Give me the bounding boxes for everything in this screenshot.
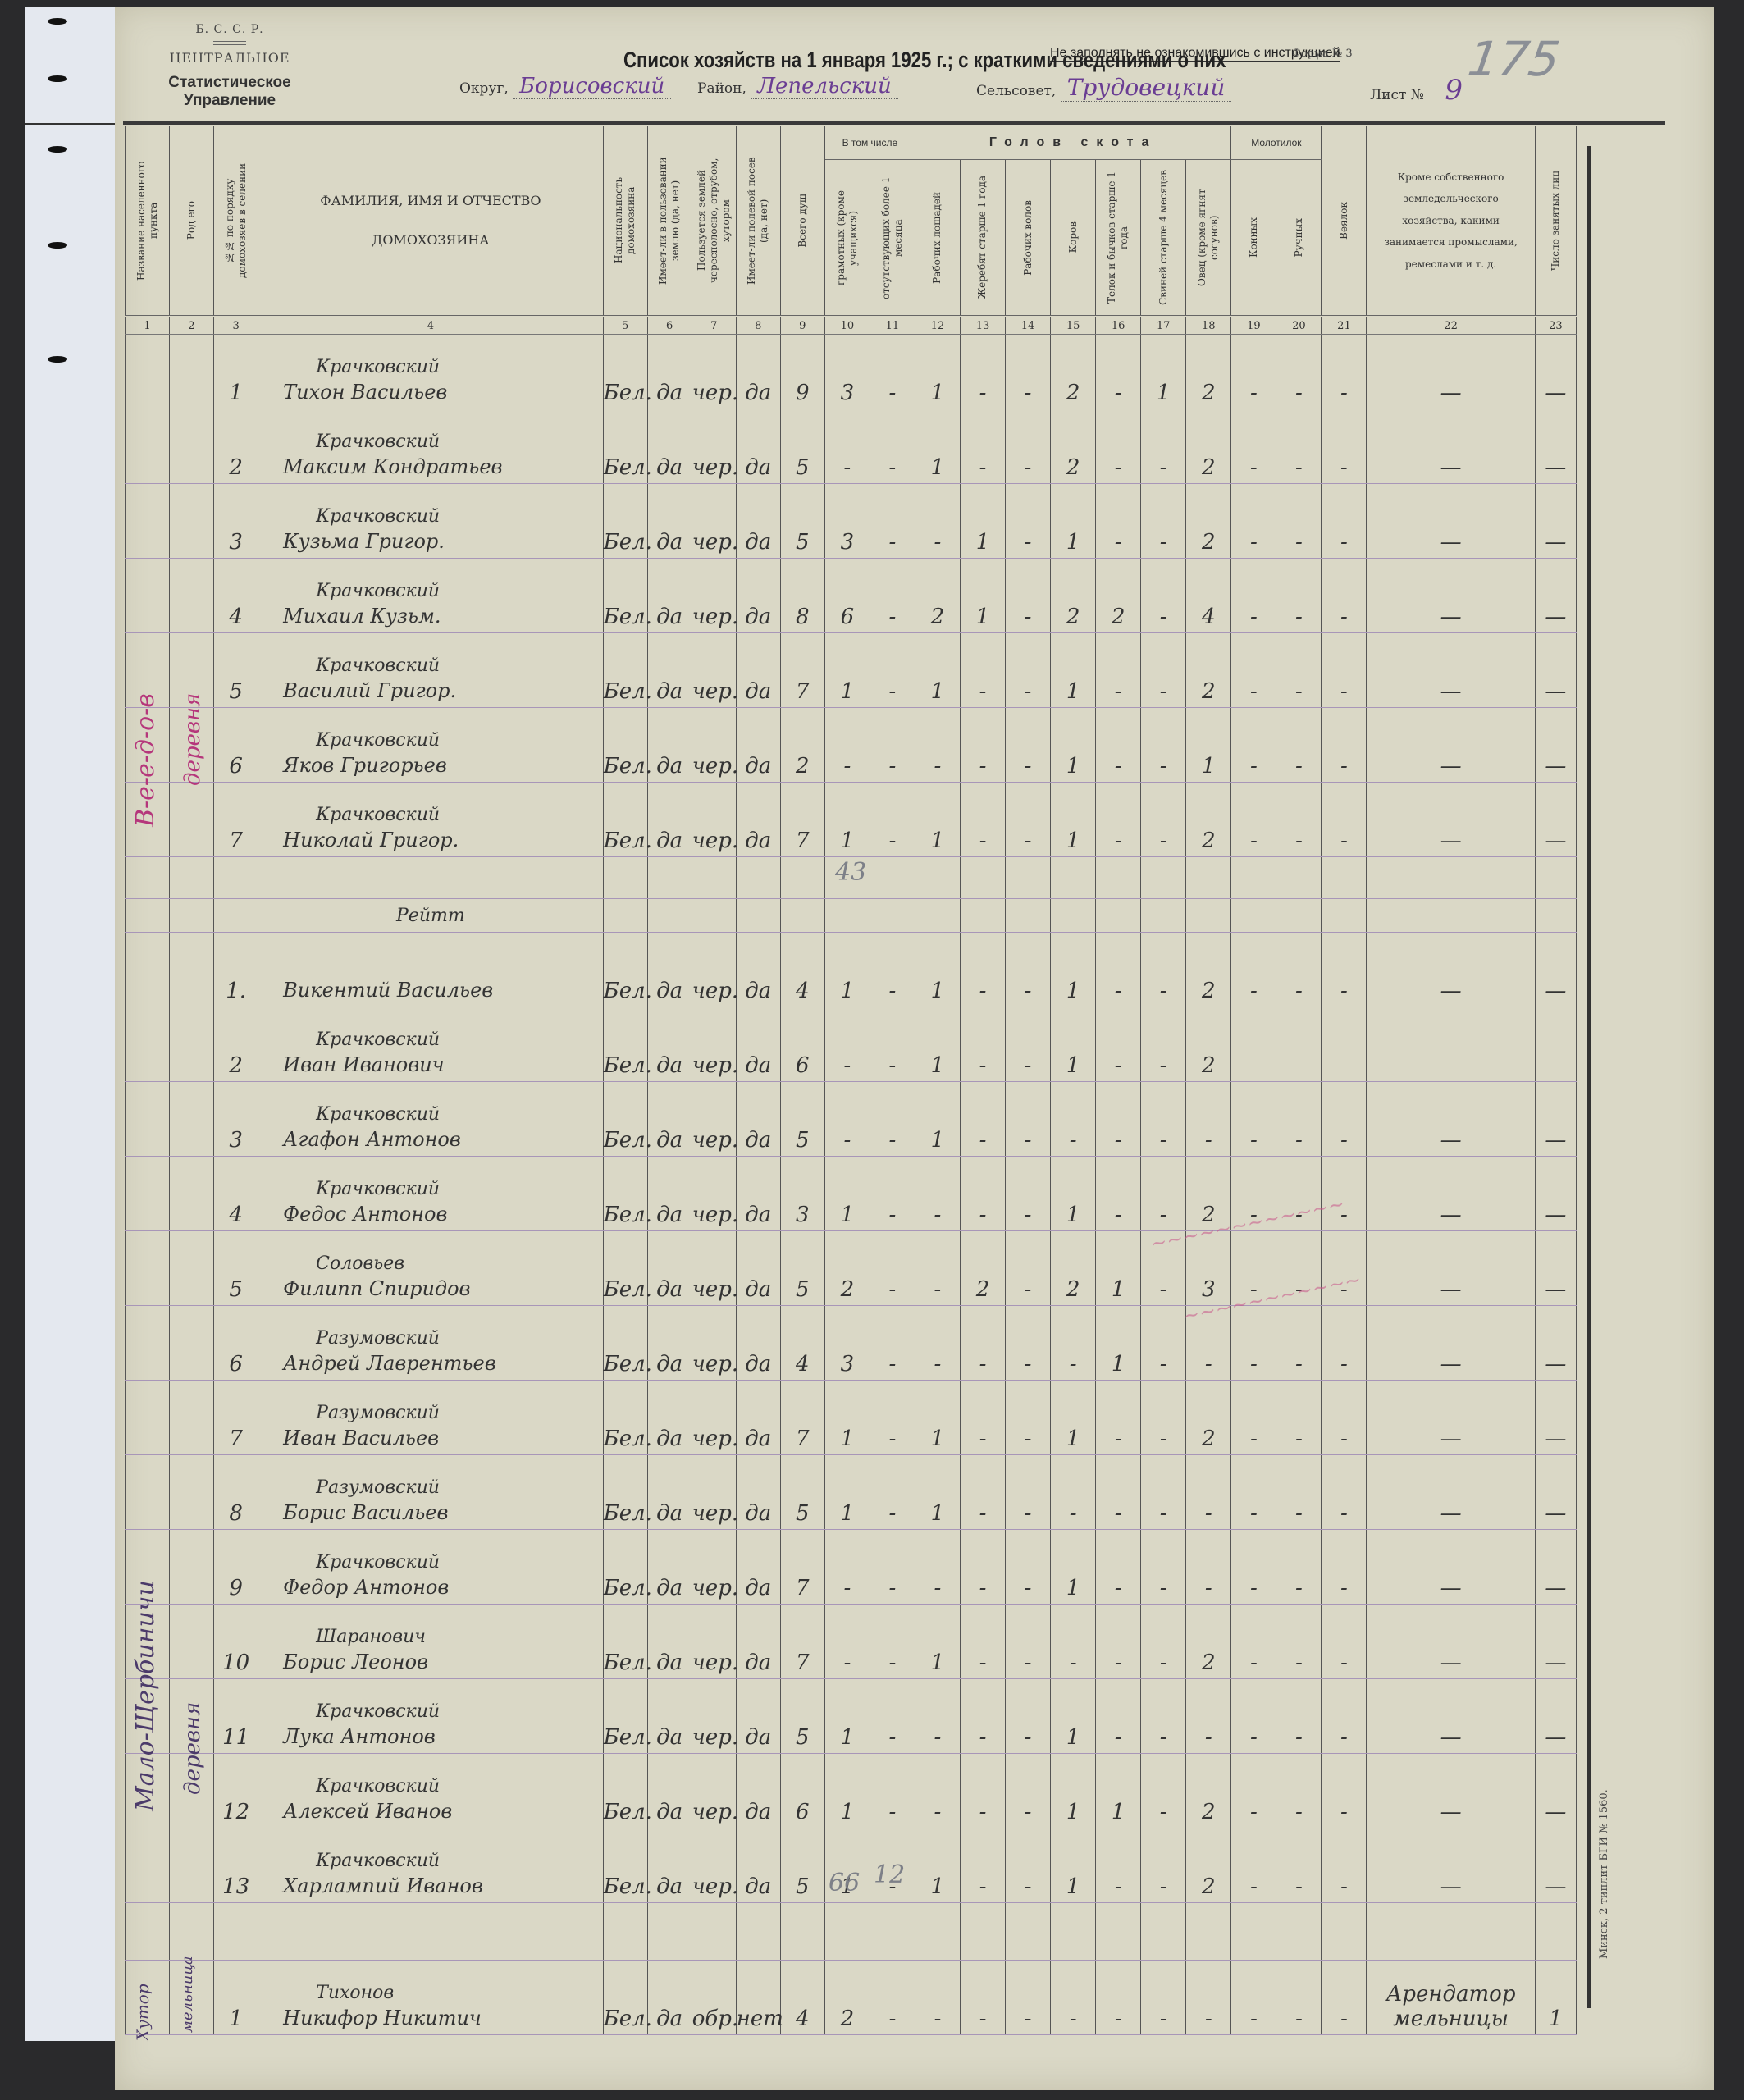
cell-oxen: - — [1006, 1381, 1051, 1455]
cell-pigs: - — [1141, 1828, 1186, 1903]
empty-cell — [170, 1455, 214, 1530]
cell-foals: - — [960, 1754, 1005, 1828]
empty-cell — [1096, 899, 1141, 933]
cell-t_horse: - — [1231, 1082, 1276, 1157]
cell-persons: — — [1535, 1381, 1576, 1455]
cell-abs: - — [870, 1306, 915, 1381]
cell-trade: — — [1367, 633, 1535, 708]
cell-n: 7 — [214, 783, 258, 857]
householder-given-name: Андрей Лаврентьев — [283, 1352, 496, 1375]
cell-sheep: 2 — [1186, 1754, 1231, 1828]
cell-sown: да — [736, 559, 780, 633]
punch-hole — [48, 242, 67, 249]
cell-t_horse: - — [1231, 1605, 1276, 1679]
cell-n: 5 — [214, 1231, 258, 1306]
cell-nat: Бел. — [603, 409, 647, 484]
household-row: 1ТихоновНикифор НикитичБел.даобр.нет42--… — [126, 1961, 1577, 2035]
cell-abs: - — [870, 335, 915, 409]
household-row: 7РазумовскийИван ВасильевБел.дачер.да71-… — [126, 1381, 1577, 1455]
cell-horses: 1 — [915, 409, 960, 484]
cell-calves: - — [1096, 484, 1141, 559]
cell-calves: - — [1096, 1828, 1141, 1903]
col-num: 16 — [1096, 317, 1141, 335]
cell-pigs: - — [1141, 484, 1186, 559]
cell-cows: - — [1051, 1605, 1096, 1679]
selsovet-value: Трудовецкий — [1061, 74, 1232, 102]
householder-given-name: Николай Григор. — [283, 829, 459, 851]
householder-surname: Крачковский — [283, 580, 602, 604]
cell-cows: 1 — [1051, 633, 1096, 708]
cell-trade: — — [1367, 409, 1535, 484]
cell-use: чер. — [692, 484, 736, 559]
cell-land: да — [647, 335, 692, 409]
cell-sheep: 2 — [1186, 1381, 1231, 1455]
empty-cell — [214, 899, 258, 933]
cell-abs: - — [870, 1961, 915, 2035]
householder-given-name: Викентий Васильев — [283, 979, 493, 1002]
col-num: 21 — [1322, 317, 1367, 335]
empty-cell — [1006, 899, 1051, 933]
householder-given-name: Василий Григор. — [283, 679, 456, 702]
col-header-16: Телок и бычков старше 1 года — [1106, 168, 1130, 308]
householder-name-cell: КрачковскийТихон Васильев — [258, 335, 603, 409]
cell-t_horse: - — [1231, 1530, 1276, 1605]
householder-given-name: Харлампий Иванов — [283, 1874, 483, 1897]
empty-cell — [170, 1082, 214, 1157]
cell-land: да — [647, 933, 692, 1007]
punch-hole — [48, 18, 67, 25]
cell-land: да — [647, 633, 692, 708]
empty-cell — [170, 1157, 214, 1231]
cell-calves: - — [1096, 1381, 1141, 1455]
household-table: Название населенного пункта Род его №№ п… — [125, 126, 1577, 2035]
empty-cell — [1186, 899, 1231, 933]
cell-calves: - — [1096, 1455, 1141, 1530]
household-row: 9КрачковскийФедор АнтоновБел.дачер.да7--… — [126, 1530, 1577, 1605]
cell-t_hand: - — [1276, 1828, 1322, 1903]
cell-use: чер. — [692, 1679, 736, 1754]
cell-lit: - — [824, 708, 870, 783]
cell-foals: - — [960, 1961, 1005, 2035]
cell-sown: да — [736, 1530, 780, 1605]
cell-foals: - — [960, 1007, 1005, 1082]
cell-n: 4 — [214, 559, 258, 633]
cell-trade — [1367, 1007, 1535, 1082]
cell-oxen: - — [1006, 1231, 1051, 1306]
col-header-6: Имеет-ли в пользовании землю (да, нет) — [657, 151, 682, 290]
cell-n: 2 — [214, 1007, 258, 1082]
cell-souls: 7 — [780, 783, 824, 857]
cell-n: 5 — [214, 633, 258, 708]
householder-surname: Крачковский — [283, 1029, 602, 1052]
cell-sown: да — [736, 1381, 780, 1455]
cell-winnow: - — [1322, 1306, 1367, 1381]
cell-souls: 6 — [780, 1754, 824, 1828]
cell-winnow: - — [1322, 1754, 1367, 1828]
col-num: 2 — [170, 317, 214, 335]
cell-horses: 1 — [915, 1455, 960, 1530]
householder-name-cell: КрачковскийАлексей Иванов — [258, 1754, 603, 1828]
section-2-rows: Рейтт1.Викентий ВасильевБел.дачер.да41-1… — [126, 899, 1577, 1903]
cell-calves: - — [1096, 708, 1141, 783]
cell-pigs: - — [1141, 559, 1186, 633]
archive-folio-number: 175 — [1464, 31, 1563, 87]
cell-foals: 1 — [960, 484, 1005, 559]
cell-nat: Бел. — [603, 933, 647, 1007]
empty-cell — [1535, 899, 1576, 933]
sheet-number-value: 9 — [1428, 74, 1479, 107]
householder-name-cell: РазумовскийБорис Васильев — [258, 1455, 603, 1530]
household-row: 1.Викентий ВасильевБел.дачер.да41-1--1--… — [126, 933, 1577, 1007]
cell-calves: - — [1096, 409, 1141, 484]
col-num: 11 — [870, 317, 915, 335]
col-num: 4 — [258, 317, 603, 335]
cell-calves: - — [1096, 783, 1141, 857]
householder-surname: Шаранович — [283, 1626, 602, 1650]
empty-cell — [170, 1231, 214, 1306]
cell-souls: 9 — [780, 335, 824, 409]
cell-horses: 1 — [915, 1828, 960, 1903]
cell-calves: 1 — [1096, 1306, 1141, 1381]
cell-trade: — — [1367, 335, 1535, 409]
cell-persons: — — [1535, 409, 1576, 484]
cell-n: 1 — [214, 1961, 258, 2035]
section-1-rows: 1КрачковскийТихон ВасильевБел.дачер.да93… — [126, 335, 1577, 857]
empty-cell — [736, 899, 780, 933]
empty-cell — [870, 899, 915, 933]
cell-sown: нет — [736, 1961, 780, 2035]
cell-trade: — — [1367, 1679, 1535, 1754]
cell-cows: 2 — [1051, 409, 1096, 484]
cell-sown: да — [736, 783, 780, 857]
household-row: 5КрачковскийВасилий Григор.Бел.дачер.да7… — [126, 633, 1577, 708]
cell-oxen: - — [1006, 559, 1051, 633]
cell-oxen: - — [1006, 1530, 1051, 1605]
cell-persons: — — [1535, 1530, 1576, 1605]
cell-land: да — [647, 1828, 692, 1903]
cell-oxen: - — [1006, 1007, 1051, 1082]
table-right-border — [1587, 146, 1591, 2008]
cell-land: да — [647, 1157, 692, 1231]
cell-souls: 7 — [780, 633, 824, 708]
cell-land: да — [647, 1306, 692, 1381]
col-header-7: Пользуется землей чересполосно, отрубом,… — [696, 151, 733, 290]
cell-nat: Бел. — [603, 1157, 647, 1231]
householder-surname: Разумовский — [283, 1477, 602, 1500]
empty-cell — [824, 899, 870, 933]
cell-sheep: 2 — [1186, 1828, 1231, 1903]
empty-cell — [126, 484, 170, 559]
cell-lit: - — [824, 1530, 870, 1605]
cell-horses: - — [915, 484, 960, 559]
cell-land: да — [647, 1455, 692, 1530]
cell-calves: - — [1096, 1157, 1141, 1231]
cell-nat: Бел. — [603, 1007, 647, 1082]
cell-oxen: - — [1006, 1455, 1051, 1530]
cell-winnow: - — [1322, 559, 1367, 633]
empty-cell — [170, 899, 214, 933]
cell-use: чер. — [692, 1157, 736, 1231]
col-header-21: Веялок — [1338, 202, 1350, 240]
cell-n: 4 — [214, 1157, 258, 1231]
cell-horses: 1 — [915, 933, 960, 1007]
cell-pigs: - — [1141, 1605, 1186, 1679]
cell-persons: — — [1535, 1605, 1576, 1679]
col-header-17: Свиней старше 4 месяцев — [1157, 170, 1170, 305]
cell-cows: - — [1051, 1455, 1096, 1530]
cell-souls: 8 — [780, 559, 824, 633]
household-row: 11КрачковскийЛука АнтоновБел.дачер.да51-… — [126, 1679, 1577, 1754]
cell-abs: - — [870, 1679, 915, 1754]
householder-name-cell: КрачковскийЯков Григорьев — [258, 708, 603, 783]
householder-given-name: Агафон Антонов — [283, 1128, 461, 1151]
householder-surname: Разумовский — [283, 1402, 602, 1426]
cell-persons: — — [1535, 1679, 1576, 1754]
cell-foals: - — [960, 1605, 1005, 1679]
cell-trade: — — [1367, 1306, 1535, 1381]
cell-abs: - — [870, 409, 915, 484]
cell-cows: 1 — [1051, 933, 1096, 1007]
cell-pigs: - — [1141, 1306, 1186, 1381]
cell-lit: - — [824, 1007, 870, 1082]
cell-calves: - — [1096, 1007, 1141, 1082]
cell-use: чер. — [692, 559, 736, 633]
cell-oxen: - — [1006, 1306, 1051, 1381]
column-number-row: 1 2 3 4 5 6 7 8 9 10 11 12 13 14 15 16 1… — [126, 317, 1577, 335]
cell-cows: - — [1051, 1082, 1096, 1157]
cell-land: да — [647, 484, 692, 559]
cell-nat: Бел. — [603, 1530, 647, 1605]
cell-foals: 2 — [960, 1231, 1005, 1306]
cell-trade: — — [1367, 1605, 1535, 1679]
household-row: 2КрачковскийИван ИвановичБел.дачер.да6--… — [126, 1007, 1577, 1082]
cell-t_hand: - — [1276, 1306, 1322, 1381]
col-num: 6 — [647, 317, 692, 335]
cell-cows: 1 — [1051, 1828, 1096, 1903]
cell-persons: 1 — [1535, 1961, 1576, 2035]
householder-name-cell: КрачковскийМаксим Кондратьев — [258, 409, 603, 484]
col-num: 10 — [824, 317, 870, 335]
sheet-number-label: Лист № — [1370, 87, 1424, 103]
cell-land: да — [647, 1961, 692, 2035]
cell-n: 6 — [214, 1306, 258, 1381]
issuing-authority: Б. С. С. Р. ЦЕНТРАЛЬНОЕ Статистическое У… — [123, 23, 336, 110]
cell-use: чер. — [692, 1754, 736, 1828]
cell-oxen: - — [1006, 1082, 1051, 1157]
householder-surname: Крачковский — [283, 655, 602, 678]
householder-given-name: Иван Васильев — [283, 1427, 439, 1449]
householder-given-name: Максим Кондратьев — [283, 455, 502, 478]
cell-land: да — [647, 708, 692, 783]
cell-horses: - — [915, 1306, 960, 1381]
cell-nat: Бел. — [603, 783, 647, 857]
section-spacer — [126, 1903, 1577, 1961]
cell-oxen: - — [1006, 633, 1051, 708]
col-header-22: Кроме собственного земледельческого хозя… — [1367, 126, 1535, 317]
cell-cows: - — [1051, 1961, 1096, 2035]
householder-given-name: Алексей Иванов — [283, 1800, 452, 1823]
cell-t_horse: - — [1231, 1754, 1276, 1828]
householder-surname: Тихонов — [283, 1982, 602, 2006]
cell-t_hand: - — [1276, 1754, 1322, 1828]
cell-abs: - — [870, 633, 915, 708]
household-row: 3КрачковскийАгафон АнтоновБел.дачер.да5-… — [126, 1082, 1577, 1157]
cell-nat: Бел. — [603, 1306, 647, 1381]
cell-pigs: - — [1141, 1961, 1186, 2035]
cell-oxen: - — [1006, 1754, 1051, 1828]
empty-cell — [170, 1605, 214, 1679]
householder-name-cell: КрачковскийИван Иванович — [258, 1007, 603, 1082]
cell-cows: 1 — [1051, 1157, 1096, 1231]
form-number: Форма № 3 — [1292, 48, 1353, 60]
group-header-livestock: Голов скота — [989, 135, 1157, 149]
empty-cell — [170, 1306, 214, 1381]
col-header-5: Национальность домохозяина — [613, 151, 637, 290]
col-num: 19 — [1231, 317, 1276, 335]
col-header-14: Рабочих волов — [1022, 200, 1034, 276]
householder-given-name: Яков Григорьев — [283, 754, 447, 777]
cell-winnow: - — [1322, 1381, 1367, 1455]
householder-given-name: Филипп Спиридов — [283, 1277, 470, 1300]
householder-name-cell: КрачковскийКузьма Григор. — [258, 484, 603, 559]
cell-abs: - — [870, 1605, 915, 1679]
empty-cell — [1141, 899, 1186, 933]
cell-cows: 1 — [1051, 1679, 1096, 1754]
cell-land: да — [647, 1082, 692, 1157]
empty-cell — [170, 1007, 214, 1082]
cell-oxen: - — [1006, 783, 1051, 857]
section-2-total-literate: 12 — [874, 1860, 905, 1889]
col-header-4: ФАМИЛИЯ, ИМЯ И ОТЧЕСТВО ДОМОХОЗЯИНА — [258, 126, 603, 317]
cell-winnow: - — [1322, 1679, 1367, 1754]
cell-n: 3 — [214, 1082, 258, 1157]
raion-label: Район, — [697, 80, 746, 97]
cell-trade: Арендатор мельницы — [1367, 1961, 1535, 2035]
col-header-8: Имеет-ли полевой посев (да, нет) — [746, 151, 770, 290]
householder-name-cell: КрачковскийЛука Антонов — [258, 1679, 603, 1754]
householder-name-cell: Викентий Васильев — [258, 933, 603, 1007]
cell-abs: - — [870, 1754, 915, 1828]
cell-persons: — — [1535, 783, 1576, 857]
householder-name-cell: СоловьевФилипп Спиридов — [258, 1231, 603, 1306]
cell-souls: 7 — [780, 1605, 824, 1679]
punch-hole — [48, 356, 67, 363]
cell-use: чер. — [692, 1306, 736, 1381]
col-header-23: Число занятых лиц — [1550, 171, 1562, 271]
cell-use: чер. — [692, 1231, 736, 1306]
col-header-1: Название населенного пункта — [135, 151, 160, 290]
householder-surname: Крачковский — [283, 1850, 602, 1874]
cell-horses: - — [915, 708, 960, 783]
householder-name-cell: КрачковскийВасилий Григор. — [258, 633, 603, 708]
cell-persons: — — [1535, 708, 1576, 783]
cell-oxen: - — [1006, 484, 1051, 559]
cell-sown: да — [736, 1679, 780, 1754]
empty-cell — [170, 1828, 214, 1903]
householder-surname: Крачковский — [283, 729, 602, 753]
cell-persons: — — [1535, 1157, 1576, 1231]
cell-sheep: - — [1186, 1530, 1231, 1605]
empty-cell — [603, 899, 647, 933]
cell-winnow: - — [1322, 633, 1367, 708]
cell-foals: 1 — [960, 559, 1005, 633]
cell-sheep: 2 — [1186, 484, 1231, 559]
empty-cell — [1322, 899, 1367, 933]
col-header-15: Коров — [1067, 221, 1080, 253]
cell-sheep: 2 — [1186, 1605, 1231, 1679]
cell-t_hand: - — [1276, 484, 1322, 559]
selsovet-field: Сельсовет, Трудовецкий — [976, 74, 1231, 101]
republic-label: Б. С. С. Р. — [123, 23, 336, 36]
cell-lit: 1 — [824, 1754, 870, 1828]
cell-sheep: 1 — [1186, 708, 1231, 783]
cell-winnow: - — [1322, 1082, 1367, 1157]
cell-use: чер. — [692, 1007, 736, 1082]
cell-trade: — — [1367, 484, 1535, 559]
cell-sheep: 2 — [1186, 783, 1231, 857]
cell-t_hand: - — [1276, 559, 1322, 633]
householder-name-cell: КрачковскийМихаил Кузьм. — [258, 559, 603, 633]
col-num: 8 — [736, 317, 780, 335]
cell-horses: 1 — [915, 335, 960, 409]
household-row: 4КрачковскийФедос АнтоновБел.дачер.да31-… — [126, 1157, 1577, 1231]
empty-cell — [170, 1381, 214, 1455]
cell-souls: 5 — [780, 409, 824, 484]
cell-persons: — — [1535, 933, 1576, 1007]
cell-lit: 2 — [824, 1961, 870, 2035]
cell-pigs: - — [1141, 633, 1186, 708]
householder-name-cell: КрачковскийФедор Антонов — [258, 1530, 603, 1605]
cell-t_hand: - — [1276, 1082, 1322, 1157]
cell-n: 1 — [214, 335, 258, 409]
cell-use: чер. — [692, 1381, 736, 1455]
cell-foals: - — [960, 335, 1005, 409]
cell-nat: Бел. — [603, 1828, 647, 1903]
cell-n: 2 — [214, 409, 258, 484]
cell-trade: — — [1367, 783, 1535, 857]
cell-t_hand: - — [1276, 1455, 1322, 1530]
cell-sown: да — [736, 1082, 780, 1157]
cell-t_horse: - — [1231, 484, 1276, 559]
empty-cell — [126, 1381, 170, 1455]
dept-line1: ЦЕНТРАЛЬНОЕ — [123, 50, 336, 66]
householder-name-cell: КрачковскийАгафон Антонов — [258, 1082, 603, 1157]
empty-cell — [126, 1157, 170, 1231]
cell-persons: — — [1535, 633, 1576, 708]
cell-cows: 2 — [1051, 335, 1096, 409]
cell-foals: - — [960, 409, 1005, 484]
cell-winnow: - — [1322, 335, 1367, 409]
raion-field: Район, Лепельский — [697, 74, 898, 98]
cell-foals: - — [960, 633, 1005, 708]
cell-land: да — [647, 1007, 692, 1082]
cell-t_hand: - — [1276, 1605, 1322, 1679]
cell-use: чер. — [692, 633, 736, 708]
cell-pigs: - — [1141, 1157, 1186, 1231]
cell-calves: - — [1096, 335, 1141, 409]
col-num: 3 — [214, 317, 258, 335]
cell-land: да — [647, 1605, 692, 1679]
cell-abs: - — [870, 1082, 915, 1157]
empty-cell — [1051, 899, 1096, 933]
cell-souls: 5 — [780, 1828, 824, 1903]
cell-trade: — — [1367, 933, 1535, 1007]
cell-souls: 4 — [780, 1961, 824, 2035]
cell-souls: 5 — [780, 1455, 824, 1530]
cell-horses: 1 — [915, 783, 960, 857]
cell-sown: да — [736, 1306, 780, 1381]
cell-lit: 1 — [824, 1679, 870, 1754]
